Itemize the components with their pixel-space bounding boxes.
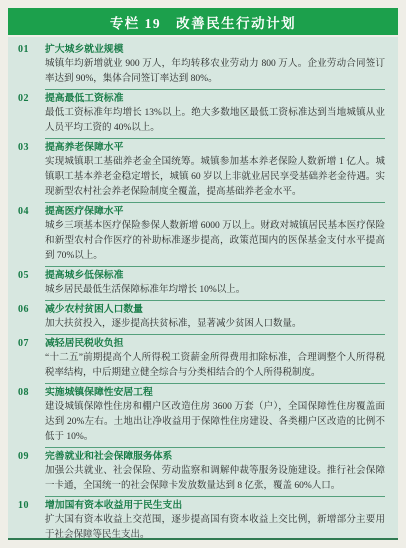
item-body: 城乡居民最低生活保障标准年均增长 10%以上。 (45, 283, 385, 301)
item-heading: 实施城镇保障性安居工程 (45, 385, 385, 400)
panel-title-bar: 专栏 19 改善民生行动计划 (8, 8, 398, 35)
item-number: 03 (18, 140, 45, 204)
item-body: 加强公共就业、社会保险、劳动监察和调解仲裁等服务设施建设。推行社会保障一卡通，全… (45, 464, 385, 497)
item-heading: 减轻居民税收负担 (45, 336, 385, 351)
item-number: 09 (18, 449, 45, 498)
item-heading: 提高最低工资标准 (45, 91, 385, 106)
item-heading: 完善就业和社会保障服务体系 (45, 449, 385, 464)
list-item: 10 增加国有资本收益用于民生支出 扩大国有资本收益上交范围，逐步提高国有资本收… (18, 498, 385, 540)
item-body: 建设城镇保障性住房和棚户区改造住房 3600 万套（户），全国保障性住房覆盖面达… (45, 400, 385, 448)
item-body: “十二五”前期提高个人所得税工资薪金所得费用扣除标准，合理调整个人所得税税率结构… (45, 351, 385, 384)
panel-body: 01 扩大城乡就业规模 城镇年均新增就业 900 万人，年均转移农业劳动力 80… (8, 37, 398, 540)
list-item: 06 减少农村贫困人口数量 加大扶贫投入，逐步提高扶贫标准，显著减少贫困人口数量… (18, 302, 385, 336)
list-item: 05 提高城乡低保标准 城乡居民最低生活保障标准年均增长 10%以上。 (18, 268, 385, 302)
list-item: 02 提高最低工资标准 最低工资标准年均增长 13%以上。绝大多数地区最低工资标… (18, 91, 385, 140)
panel-title: 专栏 19 改善民生行动计划 (110, 12, 296, 32)
list-item: 04 提高医疗保障水平 城乡三项基本医疗保险参保人数新增 6000 万以上。财政… (18, 204, 385, 268)
item-heading: 增加国有资本收益用于民生支出 (45, 498, 385, 513)
item-heading: 提高城乡低保标准 (45, 268, 385, 283)
item-number: 07 (18, 336, 45, 385)
item-body: 实现城镇职工基础养老金全国统筹。城镇参加基本养老保险人数新增 1 亿人。城镇职工… (45, 155, 385, 203)
item-number: 08 (18, 385, 45, 449)
item-body: 城乡三项基本医疗保险参保人数新增 6000 万以上。财政对城镇居民基本医疗保险和… (45, 219, 385, 267)
item-number: 01 (18, 42, 45, 91)
item-number: 05 (18, 268, 45, 302)
list-item: 03 提高养老保障水平 实现城镇职工基础养老金全国统筹。城镇参加基本养老保险人数… (18, 140, 385, 204)
list-item: 09 完善就业和社会保障服务体系 加强公共就业、社会保险、劳动监察和调解仲裁等服… (18, 449, 385, 498)
item-number: 02 (18, 91, 45, 140)
list-item: 08 实施城镇保障性安居工程 建设城镇保障性住房和棚户区改造住房 3600 万套… (18, 385, 385, 449)
item-heading: 扩大城乡就业规模 (45, 42, 385, 57)
item-heading: 提高医疗保障水平 (45, 204, 385, 219)
item-number: 06 (18, 302, 45, 336)
item-body: 最低工资标准年均增长 13%以上。绝大多数地区最低工资标准达到当地城镇从业人员平… (45, 106, 385, 139)
list-item: 07 减轻居民税收负担 “十二五”前期提高个人所得税工资薪金所得费用扣除标准，合… (18, 336, 385, 385)
item-heading: 提高养老保障水平 (45, 140, 385, 155)
item-number: 04 (18, 204, 45, 268)
item-body: 城镇年均新增就业 900 万人，年均转移农业劳动力 800 万人。企业劳动合同签… (45, 57, 385, 90)
list-item: 01 扩大城乡就业规模 城镇年均新增就业 900 万人，年均转移农业劳动力 80… (18, 42, 385, 91)
item-body: 加大扶贫投入，逐步提高扶贫标准，显著减少贫困人口数量。 (45, 317, 385, 335)
item-number: 10 (18, 498, 45, 540)
scanned-page: 专栏 19 改善民生行动计划 01 扩大城乡就业规模 城镇年均新增就业 900 … (0, 0, 406, 548)
item-body: 扩大国有资本收益上交范围，逐步提高国有资本收益上交比例，新增部分主要用于社会保障… (45, 513, 385, 540)
item-heading: 减少农村贫困人口数量 (45, 302, 385, 317)
